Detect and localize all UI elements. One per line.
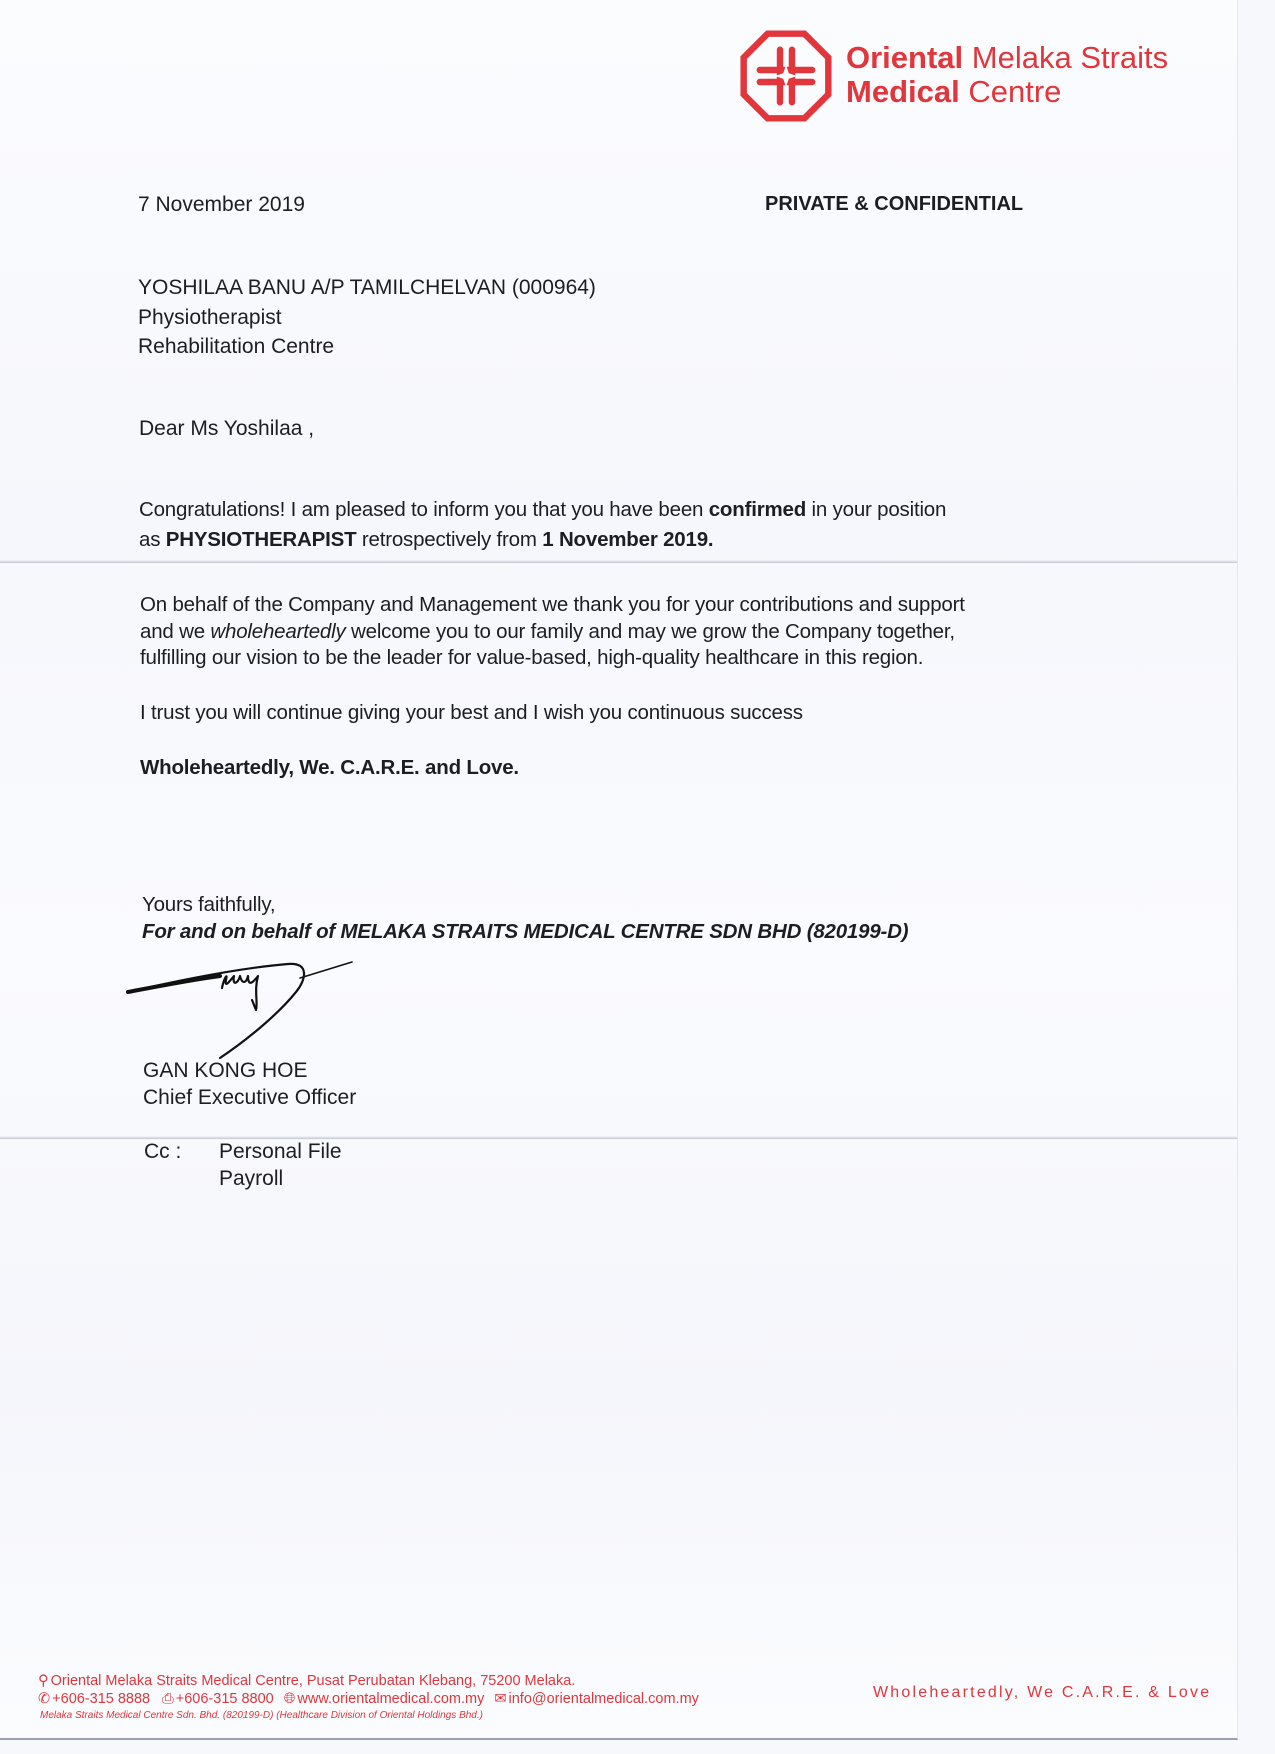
paragraph-1-line-2: as PHYSIOTHERAPIST retrospectively from …: [139, 530, 713, 551]
paragraph-1-line-1: Congratulations! I am pleased to inform …: [139, 500, 946, 521]
cc-label: Cc :: [144, 1141, 181, 1162]
paragraph-2-line-3: fulfilling our vision to be the leader f…: [140, 648, 923, 669]
footer-contacts: ✆+606-315 8888 ⎙+606-315 8800 🌐︎www.orie…: [38, 1692, 699, 1707]
website-link[interactable]: www.orientalmedical.com.my: [297, 1691, 484, 1707]
signatory-title: Chief Executive Officer: [143, 1087, 356, 1108]
globe-icon: 🌐︎: [284, 1692, 296, 1707]
paragraph-2-line-2: and we wholeheartedly welcome you to our…: [140, 622, 955, 643]
paper-fold-crease: [0, 560, 1237, 566]
paragraph-3: I trust you will continue giving your be…: [140, 703, 803, 724]
addressee-name: YOSHILAA BANU A/P TAMILCHELVAN (000964): [138, 277, 596, 298]
paragraph-2-line-1: On behalf of the Company and Management …: [140, 595, 965, 616]
brand-name-line-1: Oriental Melaka Straits: [846, 42, 1168, 73]
footer-legal: Melaka Straits Medical Centre Sdn. Bhd. …: [40, 1711, 483, 1721]
location-pin-icon: ⚲: [38, 1674, 49, 1689]
fax-icon: ⎙: [162, 1692, 174, 1707]
letter-date: 7 November 2019: [138, 194, 305, 215]
letter-page: Oriental Melaka Straits Medical Centre 7…: [0, 0, 1238, 1740]
signature-icon: [120, 950, 370, 1060]
brand-name-line-2: Medical Centre: [846, 76, 1061, 107]
salutation: Dear Ms Yoshilaa ,: [139, 418, 314, 439]
addressee-department: Rehabilitation Centre: [138, 336, 334, 357]
footer-address: ⚲Oriental Melaka Straits Medical Centre,…: [38, 1674, 575, 1689]
paper-fold-crease: [0, 1136, 1237, 1142]
cc-item: Payroll: [219, 1168, 283, 1189]
envelope-icon: ✉: [494, 1692, 506, 1707]
octagon-cross-logo-icon: [740, 30, 832, 122]
signatory-name: GAN KONG HOE: [143, 1060, 308, 1081]
footer-slogan: Wholeheartedly, We C.A.R.E. & Love: [873, 1685, 1211, 1701]
addressee-position: Physiotherapist: [138, 307, 282, 328]
classification-label: PRIVATE & CONFIDENTIAL: [765, 194, 1023, 214]
on-behalf-line: For and on behalf of MELAKA STRAITS MEDI…: [142, 922, 908, 943]
closing: Yours faithfully,: [142, 895, 275, 916]
cc-item: Personal File: [219, 1141, 342, 1162]
motto: Wholeheartedly, We. C.A.R.E. and Love.: [140, 758, 519, 779]
phone-icon: ✆: [38, 1692, 50, 1707]
email-link[interactable]: info@orientalmedical.com.my: [509, 1691, 699, 1707]
